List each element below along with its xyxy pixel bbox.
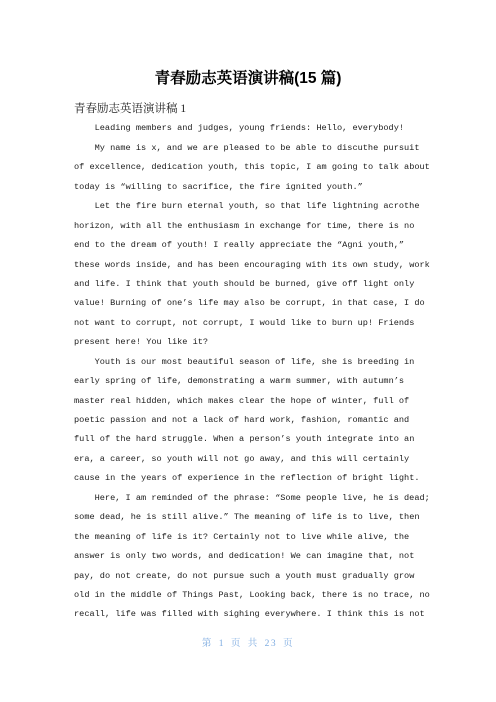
- document-body: 青春励志英语演讲稿 1 Leading members and judges, …: [74, 100, 430, 625]
- text-line: and life. I think that youth should be b…: [74, 275, 430, 294]
- paragraph: Leading members and judges, young friend…: [74, 119, 430, 138]
- text-line: end to the dream of youth! I really appr…: [74, 236, 430, 255]
- text-line: horizon, with all the enthusiasm in exch…: [74, 217, 430, 236]
- text-line: some dead, he is still alive.” The meani…: [74, 508, 430, 527]
- text-line: value! Burning of one’s life may also be…: [74, 294, 430, 313]
- text-line: My name is x, and we are pleased to be a…: [74, 139, 430, 158]
- text-line: full of the hard struggle. When a person…: [74, 430, 430, 449]
- text-line: answer is only two words, and dedication…: [74, 547, 430, 566]
- text-line: poetic passion and not a lack of hard wo…: [74, 411, 430, 430]
- text-line: Leading members and judges, young friend…: [74, 119, 430, 138]
- text-line: pay, do not create, do not pursue such a…: [74, 567, 430, 586]
- text-line: cause in the years of experience in the …: [74, 469, 430, 488]
- paragraphs-container: Leading members and judges, young friend…: [74, 119, 430, 624]
- document-page: 青春励志英语演讲稿(15 篇) 青春励志英语演讲稿 1 Leading memb…: [0, 0, 496, 702]
- paragraph: Youth is our most beautiful season of li…: [74, 353, 430, 489]
- text-line: master real hidden, which makes clear th…: [74, 392, 430, 411]
- text-line: recall, life was filled with sighing eve…: [74, 605, 430, 624]
- text-line: today is “willing to sacrifice, the fire…: [74, 178, 430, 197]
- document-title: 青春励志英语演讲稿(15 篇): [0, 67, 496, 91]
- section-heading: 青春励志英语演讲稿 1: [74, 100, 430, 119]
- text-line: these words inside, and has been encoura…: [74, 256, 430, 275]
- text-line: Here, I am reminded of the phrase: “Some…: [74, 489, 430, 508]
- text-line: the meaning of life is it? Certainly not…: [74, 528, 430, 547]
- text-line: early spring of life, demonstrating a wa…: [74, 372, 430, 391]
- text-line: old in the middle of Things Past, Lookin…: [74, 586, 430, 605]
- text-line: Let the fire burn eternal youth, so that…: [74, 197, 430, 216]
- paragraph: My name is x, and we are pleased to be a…: [74, 139, 430, 197]
- page-footer: 第 1 页 共 23 页: [0, 637, 496, 651]
- paragraph: Let the fire burn eternal youth, so that…: [74, 197, 430, 353]
- text-line: not want to corrupt, not corrupt, I woul…: [74, 314, 430, 333]
- text-line: era, a career, so youth will not go away…: [74, 450, 430, 469]
- text-line: Youth is our most beautiful season of li…: [74, 353, 430, 372]
- text-line: of excellence, dedication youth, this to…: [74, 158, 430, 177]
- paragraph: Here, I am reminded of the phrase: “Some…: [74, 489, 430, 625]
- text-line: present here! You like it?: [74, 333, 430, 352]
